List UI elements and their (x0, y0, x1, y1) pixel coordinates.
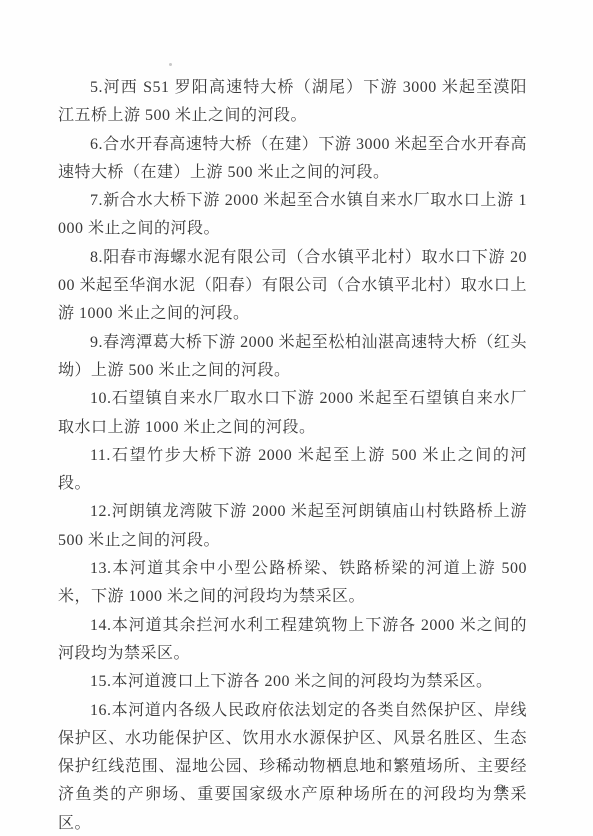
list-item-6: 6.合水开春高速特大桥（在建）下游 3000 米起至合水开春高速特大桥（在建）上… (58, 131, 527, 188)
list-item-15: 15.本河道渡口上下游各 200 米之间的河段均为禁采区。 (58, 668, 527, 696)
document-body: 5.河西 S51 罗阳高速特大桥（湖尾）下游 3000 米起至漠阳江五桥上游 5… (58, 74, 527, 836)
list-item-16: 16.本河道内各级人民政府依法划定的各类自然保护区、岸线保护区、水功能保护区、饮… (58, 697, 527, 836)
list-item-14: 14.本河道其余拦河水利工程建筑物上下游各 2000 米之间的河段均为禁采区。 (58, 612, 527, 669)
list-item-5: 5.河西 S51 罗阳高速特大桥（湖尾）下游 3000 米起至漠阳江五桥上游 5… (58, 74, 527, 131)
document-page: 5.河西 S51 罗阳高速特大桥（湖尾）下游 3000 米起至漠阳江五桥上游 5… (0, 0, 593, 836)
list-item-8: 8.阳春市海螺水泥有限公司（合水镇平北村）取水口下游 2000 米起至华润水泥（… (58, 244, 527, 329)
list-item-11: 11.石望竹步大桥下游 2000 米起至上游 500 米止之间的河段。 (58, 442, 527, 499)
list-item-9: 9.春湾潭葛大桥下游 2000 米起至松柏汕湛高速特大桥（红头坳）上游 500 … (58, 329, 527, 386)
list-item-12: 12.河朗镇龙湾陂下游 2000 米起至河朗镇庙山村铁路桥上游 500 米止之间… (58, 498, 527, 555)
scan-speck (169, 63, 172, 66)
scan-speck (245, 586, 247, 588)
list-item-13: 13.本河道其余中小型公路桥梁、铁路桥梁的河道上游 500 米，下游 1000 … (58, 555, 527, 612)
list-item-10: 10.石望镇自来水厂取水口下游 2000 米起至石望镇自来水厂取水口上游 100… (58, 385, 527, 442)
page-number: - 3 - (480, 782, 525, 799)
list-item-7: 7.新合水大桥下游 2000 米起至合水镇自来水厂取水口上游 1000 米止之间… (58, 187, 527, 244)
